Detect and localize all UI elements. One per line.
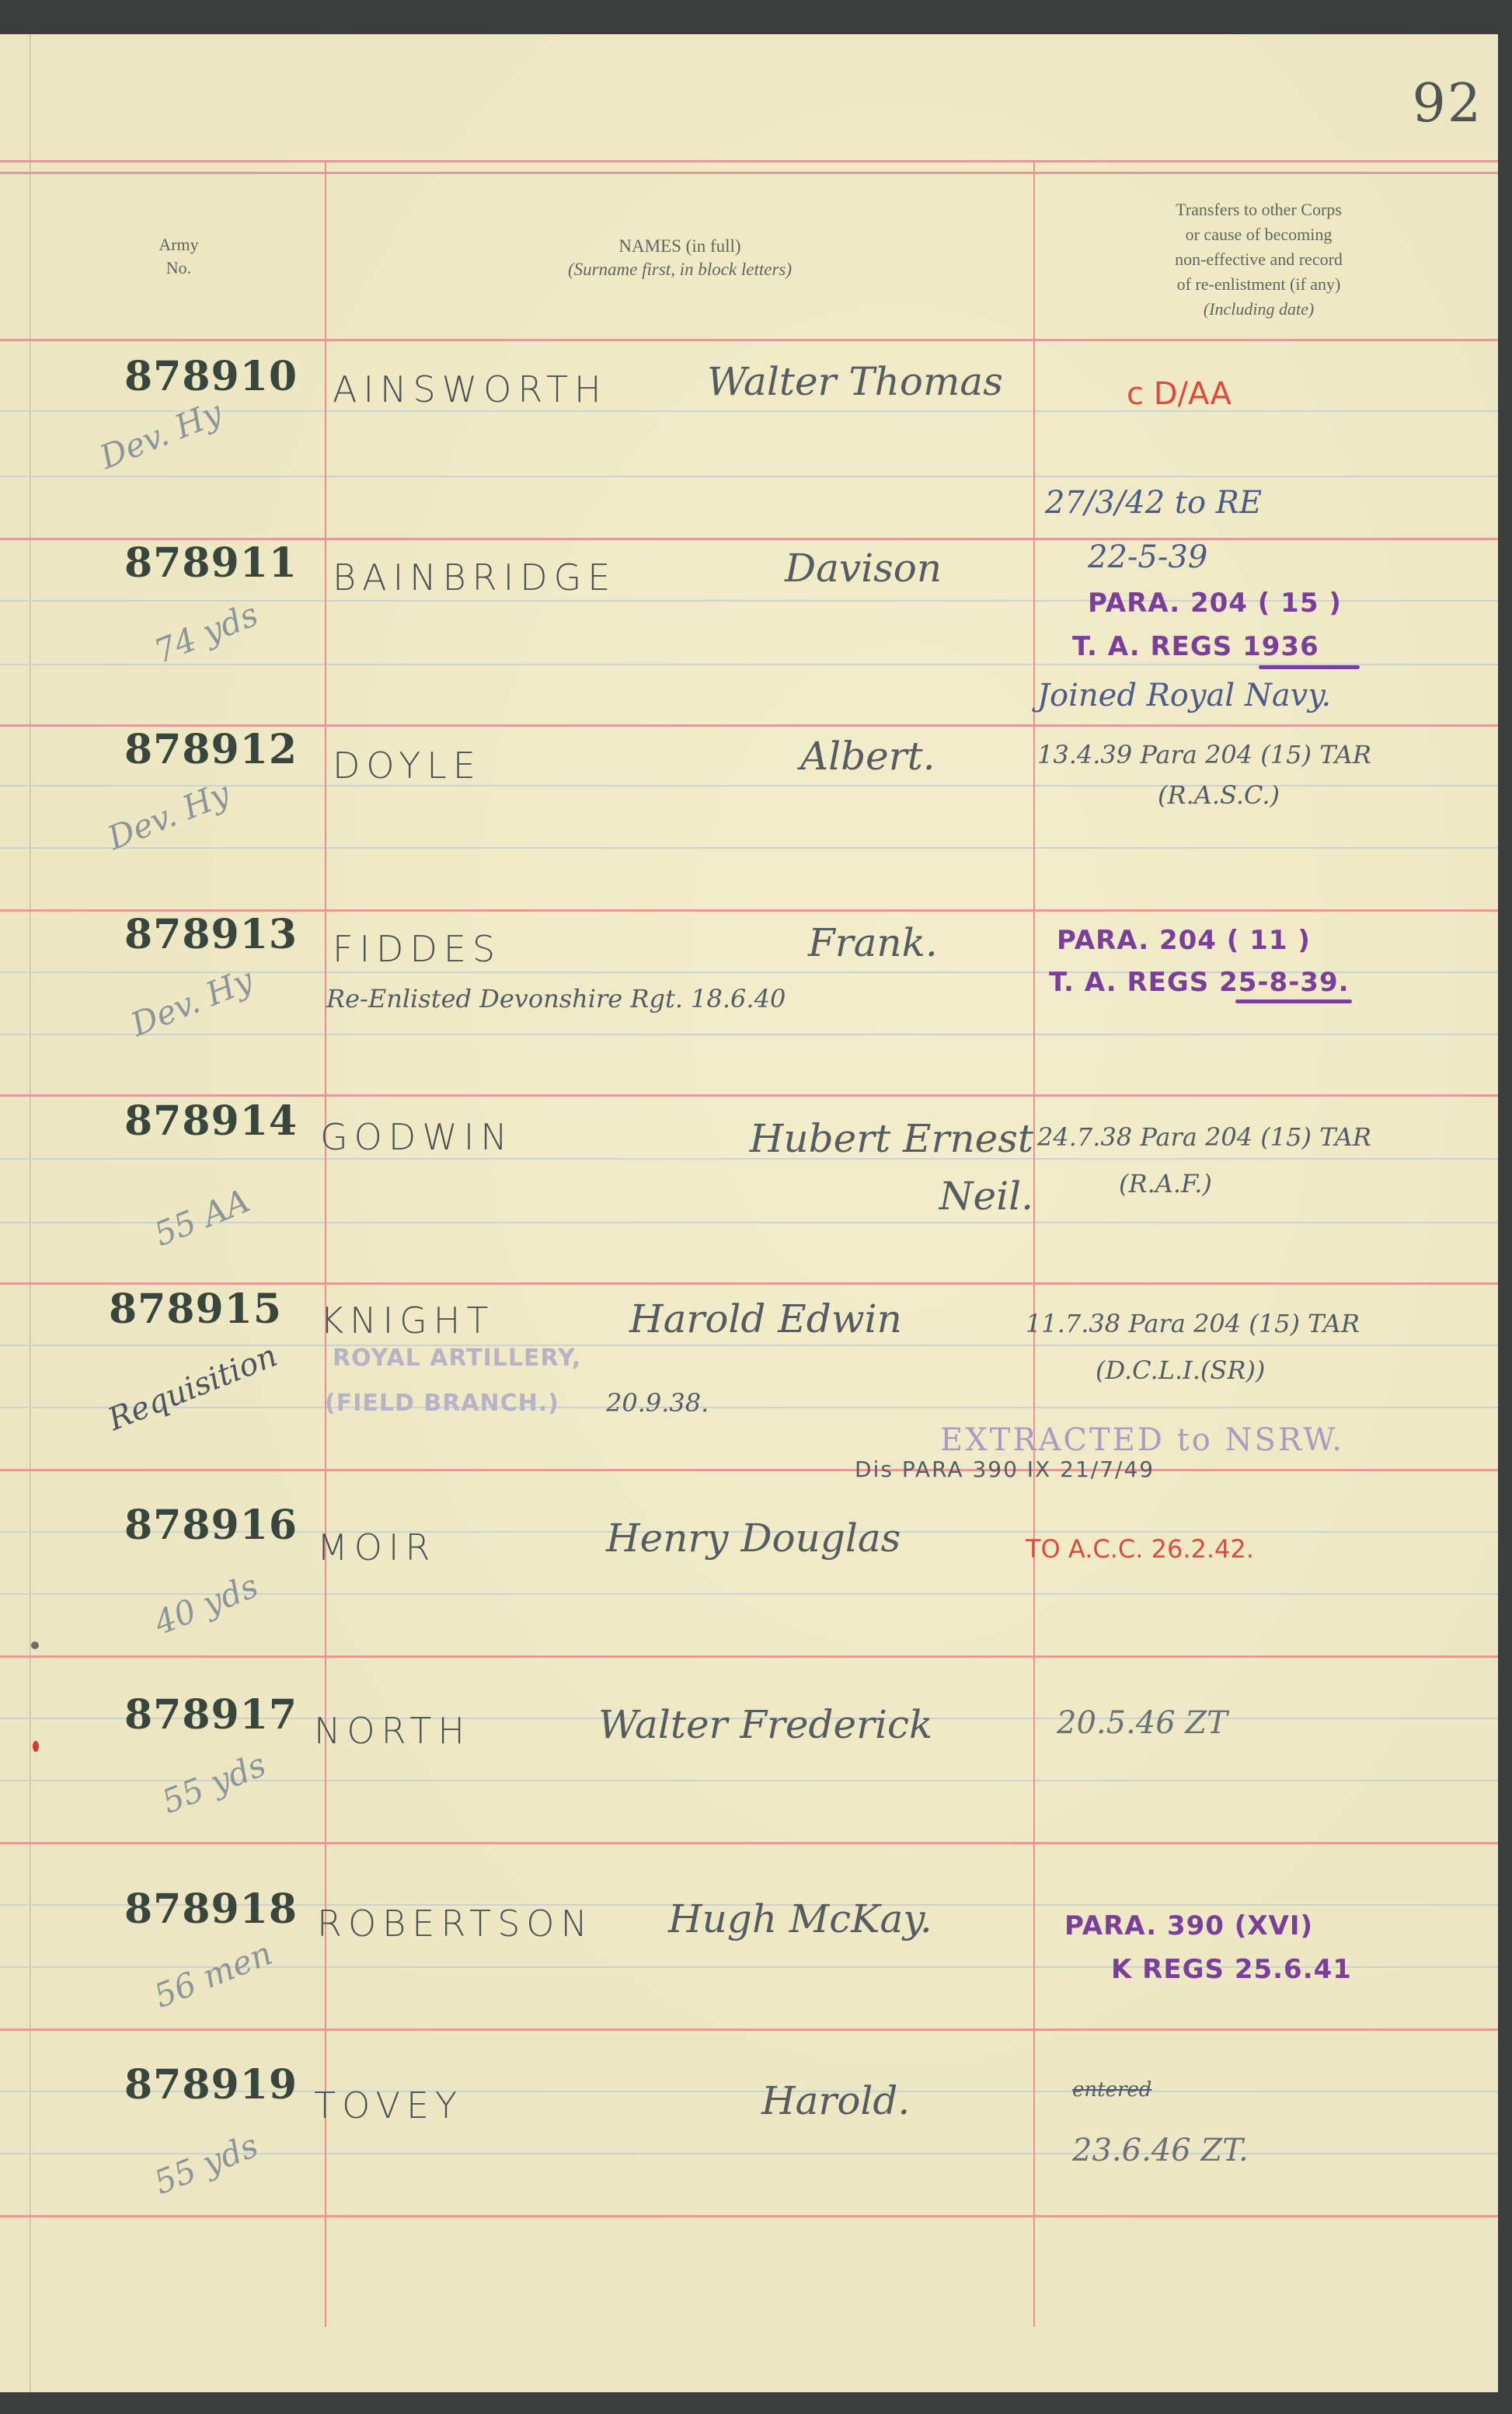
blue-rule xyxy=(0,476,1498,477)
stamp-underline xyxy=(1235,999,1352,1003)
army-number: 878919 xyxy=(124,2061,298,2109)
stamp-underline xyxy=(1259,665,1360,669)
remark: 20.5.46 ZT xyxy=(1057,1705,1228,1741)
header-transfers-line: Transfers to other Corps xyxy=(1037,197,1480,222)
row-divider xyxy=(0,1842,1498,1844)
row-divider xyxy=(0,1655,1498,1658)
margin-note: 55 yds xyxy=(157,1746,271,1821)
row-divider xyxy=(0,1469,1498,1471)
forenames: Harold. xyxy=(761,2078,910,2123)
header-transfers-line: (Including date) xyxy=(1037,297,1480,322)
margin-note: Dev. Hy xyxy=(95,393,228,476)
forenames: Henry Douglas xyxy=(606,1516,901,1561)
remark: (R.A.S.C.) xyxy=(1158,780,1280,810)
army-number: 878916 xyxy=(124,1502,298,1549)
forenames: Albert. xyxy=(800,734,935,779)
surname: AINSWORTH xyxy=(333,368,608,410)
row-divider xyxy=(0,1282,1498,1285)
surname: GODWIN xyxy=(320,1116,514,1158)
ledger-page: 92 Army No. NAMES (in full) (Surname fir… xyxy=(0,34,1498,2392)
forenames: Frank. xyxy=(808,920,938,965)
forenames: Hugh McKay. xyxy=(668,1896,932,1941)
margin-dot xyxy=(33,1741,39,1752)
remark: 24.7.38 Para 204 (15) TAR xyxy=(1037,1122,1371,1152)
row-divider xyxy=(0,1094,1498,1097)
forenames: Walter Thomas xyxy=(707,359,1003,404)
blue-rule xyxy=(0,1345,1498,1346)
remark-struck: entered xyxy=(1072,2078,1151,2102)
margin-note: 40 yds xyxy=(149,1567,263,1642)
remark: 13.4.39 Para 204 (15) TAR xyxy=(1037,740,1371,769)
column-divider xyxy=(1033,160,1035,2327)
remark: Dis PARA 390 IX 21/7/49 xyxy=(855,1456,1155,1482)
army-number: 878914 xyxy=(124,1097,298,1145)
row-divider xyxy=(0,2215,1498,2217)
margin-note: 55 yds xyxy=(149,2126,263,2202)
army-number: 878918 xyxy=(124,1886,298,1933)
margin-note: Dev. Hy xyxy=(103,774,235,857)
army-number: 878915 xyxy=(109,1285,282,1333)
army-number: 878913 xyxy=(124,911,298,958)
header-transfers-line: or cause of becoming xyxy=(1037,222,1480,247)
row-divider xyxy=(0,2029,1498,2031)
margin-dot xyxy=(31,1641,39,1649)
stamp: ROYAL ARTILLERY, xyxy=(333,1345,581,1372)
column-header-names: NAMES (in full) (Surname first, in block… xyxy=(326,235,1033,281)
stamp: (FIELD BRANCH.) xyxy=(325,1390,559,1417)
header-names-title: NAMES (in full) xyxy=(326,235,1033,258)
surname: KNIGHT xyxy=(320,1299,494,1341)
header-no-label: No. xyxy=(31,256,326,280)
remark: (R.A.F.) xyxy=(1119,1169,1212,1198)
remark: 23.6.46 ZT. xyxy=(1072,2133,1249,2168)
name-note: Re-Enlisted Devonshire Rgt. 18.6.40 xyxy=(326,984,786,1013)
forenames: Harold Edwin xyxy=(629,1296,902,1341)
remark: 22-5-39 xyxy=(1088,539,1207,575)
army-number: 878912 xyxy=(124,726,298,773)
blue-rule xyxy=(0,1407,1498,1408)
remark: 11.7.38 Para 204 (15) TAR xyxy=(1026,1309,1360,1338)
forenames: Hubert Ernest Neil. xyxy=(645,1110,1033,1225)
remark: c D/AA xyxy=(1127,376,1232,412)
remark: (D.C.L.I.(SR)) xyxy=(1096,1355,1265,1385)
margin-note: Dev. Hy xyxy=(126,961,259,1044)
header-transfers-line: non-effective and record xyxy=(1037,247,1480,272)
column-divider xyxy=(325,160,326,2327)
stamp: PARA. 204 ( 15 ) xyxy=(1088,588,1342,619)
header-names-subtitle: (Surname first, in block letters) xyxy=(326,258,1033,281)
margin-note: 56 men xyxy=(149,1934,277,2015)
stamp: EXTRACTED to NSRW. xyxy=(940,1422,1344,1458)
forenames: Davison xyxy=(785,546,942,591)
stamp: K REGS 25.6.41 xyxy=(1111,1954,1352,1985)
surname: TOVEY xyxy=(314,2084,463,2126)
stamp: T. A. REGS 1936 xyxy=(1072,631,1319,662)
blue-rule xyxy=(0,410,1498,412)
header-top-rule xyxy=(0,160,1498,174)
remark: Joined Royal Navy. xyxy=(1037,678,1331,713)
margin-note: 55 AA xyxy=(149,1181,256,1254)
forenames: Walter Frederick xyxy=(598,1702,932,1747)
stamp: T. A. REGS 25-8-39. xyxy=(1049,967,1350,998)
stamp: PARA. 390 (XVI) xyxy=(1064,1910,1313,1941)
header-transfers-line: of re-enlistment (if any) xyxy=(1037,272,1480,297)
page-gutter xyxy=(30,34,31,2392)
surname: DOYLE xyxy=(333,745,482,787)
remark: TO A.C.C. 26.2.42. xyxy=(1026,1534,1254,1564)
army-number: 878911 xyxy=(124,539,298,587)
surname: NORTH xyxy=(314,1710,471,1752)
blue-rule xyxy=(0,847,1498,849)
remark: 27/3/42 to RE xyxy=(1045,485,1262,521)
surname: FIDDES xyxy=(333,928,501,970)
surname: BAINBRIDGE xyxy=(333,556,616,598)
margin-note: 74 yds xyxy=(149,595,263,671)
page-number: 92 xyxy=(1412,73,1482,134)
blue-rule xyxy=(0,1034,1498,1035)
header-bottom-rule xyxy=(0,339,1498,341)
stamp: PARA. 204 ( 11 ) xyxy=(1057,925,1311,956)
column-header-transfers: Transfers to other Corps or cause of bec… xyxy=(1037,197,1480,322)
header-army-label: Army xyxy=(31,233,326,256)
name-note: 20.9.38. xyxy=(606,1388,709,1418)
column-header-army-no: Army No. xyxy=(31,233,326,280)
surname: ROBERTSON xyxy=(317,1903,594,1945)
margin-note: Requisition xyxy=(103,1338,282,1438)
army-number: 878917 xyxy=(124,1691,298,1739)
surname: MOIR xyxy=(317,1526,436,1568)
